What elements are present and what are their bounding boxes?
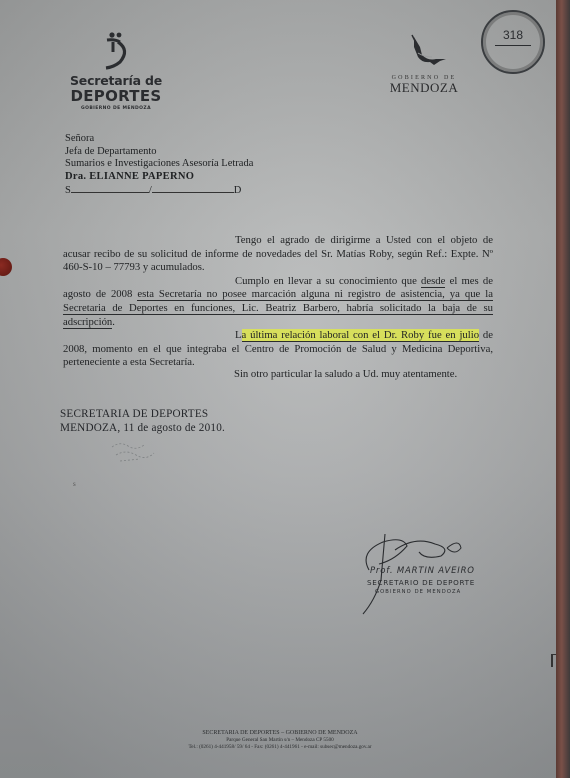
footer-contact: Tel.: (0261) 4-441958/ 59/ 64 - Fax: (02… (140, 744, 420, 751)
footer-org: SECRETARIA DE DEPORTES – GOBIERNO DE MEN… (140, 730, 420, 737)
addressee-block: Señora Jefa de Departamento Sumarios e I… (65, 133, 253, 198)
reception-stamp: 318 (481, 10, 545, 74)
d-label: D (234, 185, 242, 196)
signatory-name: Prof. MARTIN AVEIRO (370, 566, 475, 576)
condor-icon (400, 33, 448, 69)
addressee-position: Jefa de Departamento (65, 146, 253, 159)
logo-line-gobierno: GOBIERNO DE MENDOZA (66, 106, 166, 111)
addressee-sd-line: S/D (65, 183, 241, 198)
letter-body: Tengo el agrado de dirigirme a Usted con… (63, 234, 493, 370)
sender-place-date: MENDOZA, 11 de agosto de 2010. (60, 421, 225, 435)
signatory-title: SECRETARIO DE DEPORTE (367, 578, 475, 587)
sender-block: SECRETARIA DE DEPORTES MENDOZA, 11 de ag… (60, 407, 225, 435)
athlete-figure-icon (96, 30, 136, 70)
closing-line: Sin otro particular la saludo a Ud. muy … (234, 368, 457, 380)
p2-text-a: Cumplo en llevar a su conocimiento que (235, 275, 421, 287)
paragraph-1: Tengo el agrado de dirigirme a Usted con… (63, 234, 493, 275)
underline-2 (152, 183, 234, 193)
sender-org: SECRETARIA DE DEPORTES (60, 407, 225, 421)
faint-mark: s (73, 480, 76, 488)
punch-hole-mark (0, 258, 12, 276)
logo-line-mendoza: MENDOZA (384, 81, 464, 94)
stamp-line (495, 45, 531, 46)
paragraph-2: Cumplo en llevar a su conocimiento que d… (63, 275, 493, 329)
secretaria-deportes-logo: Secretaría de DEPORTES GOBIERNO DE MENDO… (66, 30, 166, 111)
scanned-letter-page: Secretaría de DEPORTES GOBIERNO DE MENDO… (0, 0, 556, 778)
addressee-name: Dra. ELIANNE PAPERNO (65, 171, 253, 184)
p3-highlighted-passage: a última relación laboral con el Dr. Rob… (242, 329, 480, 342)
p2-underlined-desde: desde (421, 275, 445, 288)
logo-line-secretaria: Secretaría de (66, 74, 166, 88)
stamp-number: 318 (483, 28, 543, 42)
page-shading (0, 0, 556, 778)
p2-text-e: . (112, 316, 115, 328)
footer-address: Parque General San Martín s/n – Mendoza … (140, 737, 420, 744)
addressee-salutation: Señora (65, 133, 253, 146)
faint-initials-mark (110, 437, 160, 467)
addressee-department: Sumarios e Investigaciones Asesoría Letr… (65, 158, 253, 171)
paragraph-3: La última relación laboral con el Dr. Ro… (63, 329, 493, 370)
letterhead-footer: SECRETARIA DE DEPORTES – GOBIERNO DE MEN… (140, 730, 420, 751)
logo-line-deportes: DEPORTES (66, 88, 166, 104)
underline-1 (71, 183, 149, 193)
gobierno-mendoza-logo: GOBIERNO DE MENDOZA (384, 33, 464, 94)
background-edge (556, 0, 570, 778)
signatory-org: GOBIERNO DE MENDOZA (375, 589, 461, 595)
p3-text-a: L (235, 329, 242, 341)
signature-block: Prof. MARTIN AVEIRO SECRETARIO DE DEPORT… (355, 530, 495, 620)
